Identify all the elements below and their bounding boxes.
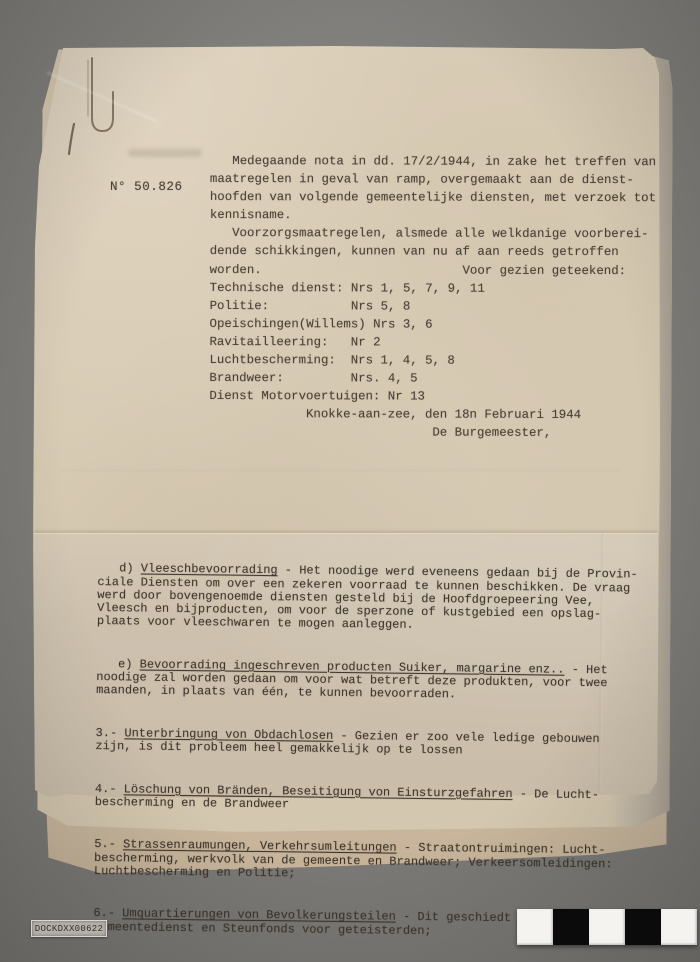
- lower-item-5: 5.- Strassenraumungen, Verkehrsumleitung…: [94, 838, 635, 884]
- calibration-square-black: [625, 909, 661, 945]
- reference-number: N° 50.826: [110, 180, 183, 194]
- typed-note-top: Medegaande nota in dd. 17/2/1944, in zak…: [209, 152, 656, 443]
- item-prefix: 4.-: [95, 782, 124, 796]
- lower-item-3: 3.- Unterbringung von Obdachlosen - Gezi…: [95, 727, 635, 760]
- calibration-strip: [517, 909, 697, 945]
- typed-note-lower: d) Vleeschbevoorrading - Het noodige wer…: [93, 536, 638, 954]
- calibration-square-white: [589, 909, 625, 945]
- lower-item-4: 4.- Löschung von Bränden, Beseitigung vo…: [95, 783, 635, 816]
- calibration-square-white: [517, 909, 553, 945]
- lower-item-e: e) Bevoorrading ingeschreven producten S…: [96, 658, 637, 704]
- paperclip-imprint-icon: [62, 48, 128, 163]
- calibration-square-white: [661, 909, 697, 945]
- item-prefix: 5.-: [94, 837, 123, 851]
- ink-smudge: [128, 149, 202, 157]
- item-prefix: 6.-: [93, 906, 122, 920]
- item-prefix: 3.-: [96, 726, 125, 740]
- calibration-square-black: [553, 909, 589, 945]
- photo-tag: DOCKDXX00622: [31, 920, 107, 937]
- lower-item-d: d) Vleeschbevoorrading - Het noodige wer…: [97, 562, 638, 635]
